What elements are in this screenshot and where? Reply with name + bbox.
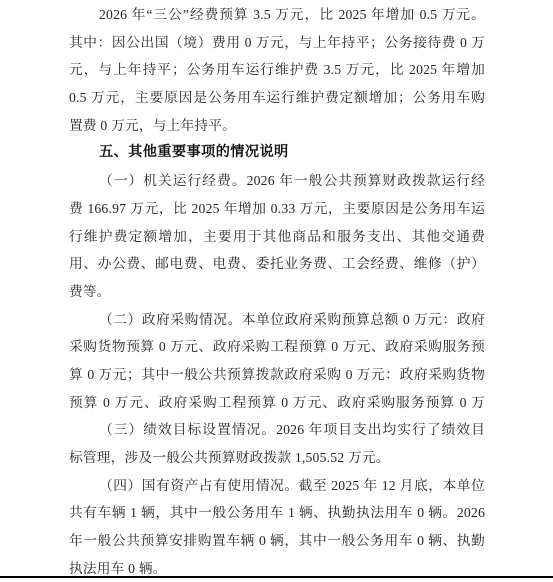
text-line: 算 0 万元；其中一般公共预算拨款政府采购 0 万元：政府采购货物 <box>69 361 485 389</box>
text-line: （一）机关运行经费。2026 年一般公共预算财政拨款运行经 <box>69 167 485 195</box>
text-line: 费等。 <box>69 278 485 306</box>
document-body: 2026 年“三公”经费预算 3.5 万元，比 2025 年增加 0.5 万元。… <box>0 1 553 582</box>
text-line: （四）国有资产占有使用情况。截至 2025 年 12 月底，本单位 <box>69 472 485 500</box>
text-line: 年一般公共预算安排购置车辆 0 辆，其中一般公务用车 0 辆、执勤 <box>69 527 485 555</box>
text-line: 行维护费定额增加，主要用于其他商品和服务支出、其他交通费 <box>69 223 485 251</box>
text-line: 预算 0 万元、政府采购工程预算 0 万元、政府采购服务预算 0 万元。 <box>69 389 485 417</box>
text-line: （三）绩效目标设置情况。2026 年项目支出均实行了绩效目 <box>69 416 485 444</box>
text-line: 共有车辆 1 辆，其中一般公务用车 1 辆、执勤执法用车 0 辆。2026 <box>69 499 485 527</box>
text-line: 用、办公费、邮电费、电费、委托业务费、工会经费、维修（护） <box>69 250 485 278</box>
page-bottom-border <box>0 576 553 578</box>
text-line: 置费 0 万元，与上年持平。 <box>69 112 485 140</box>
document-page: 2026 年“三公”经费预算 3.5 万元，比 2025 年增加 0.5 万元。… <box>0 0 553 582</box>
section-heading: 五、其他重要事项的情况说明 <box>69 139 485 167</box>
text-line: （二）政府采购情况。本单位政府采购预算总额 0 万元：政府 <box>69 306 485 334</box>
text-line: 费 166.97 万元，比 2025 年增加 0.33 万元，主要原因是公务用车… <box>69 195 485 223</box>
text-line: 标管理，涉及一般公共预算财政拨款 1,505.52 万元。 <box>69 444 485 472</box>
text-line: 采购货物预算 0 万元、政府采购工程预算 0 万元、政府采购服务预 <box>69 333 485 361</box>
text-line: 2026 年“三公”经费预算 3.5 万元，比 2025 年增加 0.5 万元。 <box>69 1 485 29</box>
text-line: 0.5 万元，主要原因是公务用车运行维护费定额增加；公务用车购 <box>69 84 485 112</box>
text-line: 其中：因公出国（境）费用 0 万元，与上年持平；公务接待费 0 万 <box>69 29 485 57</box>
text-line: 元，与上年持平；公务用车运行维护费 3.5 万元，比 2025 年增加 <box>69 56 485 84</box>
